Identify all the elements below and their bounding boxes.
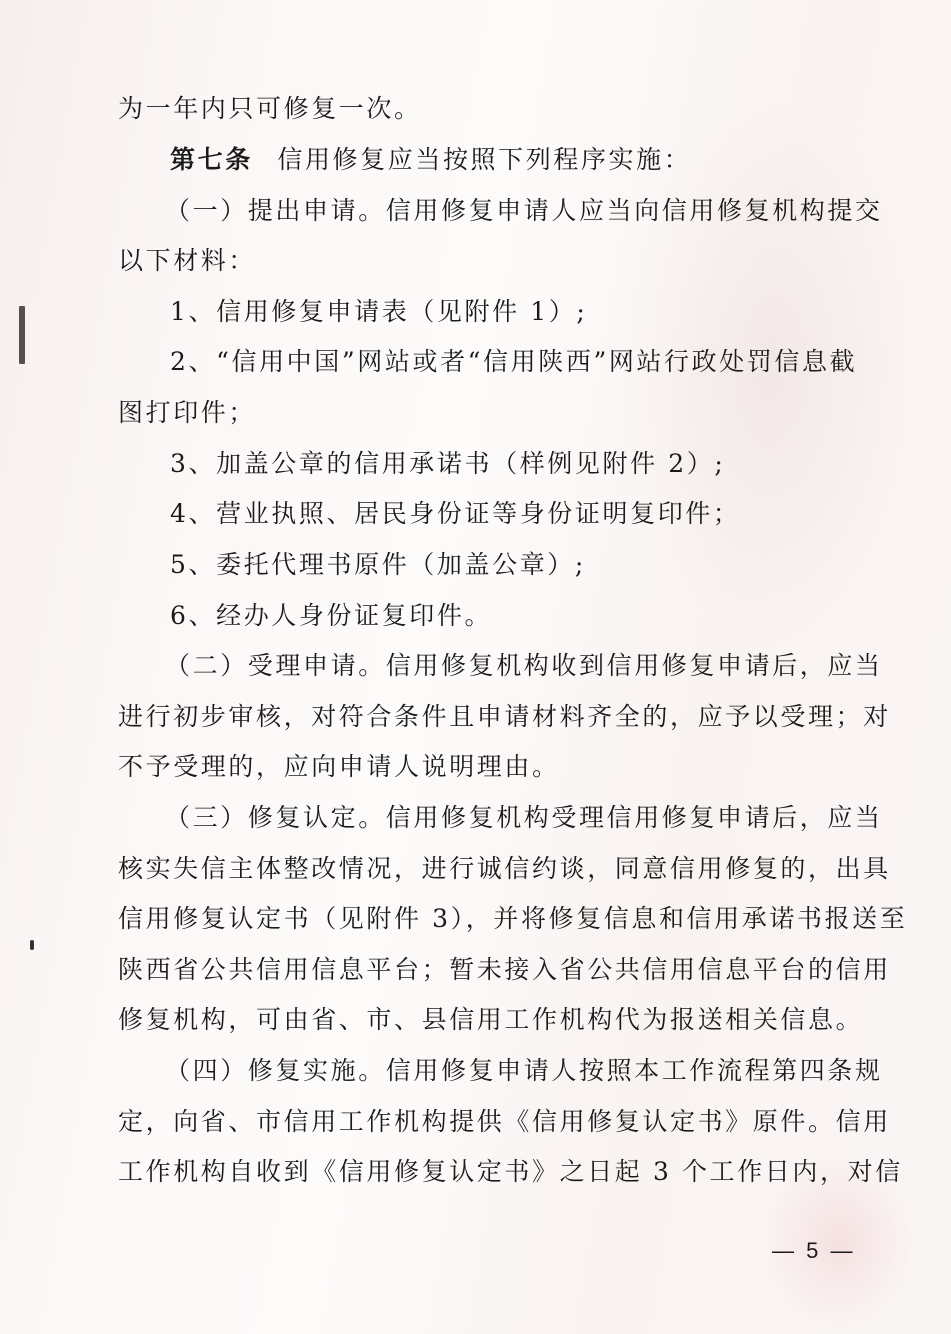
text-line: 为一年内只可修复一次。 — [118, 94, 422, 124]
list-item: 3、加盖公章的信用承诺书（样例见附件 2）; — [170, 449, 725, 479]
list-item: 5、委托代理书原件（加盖公章）; — [170, 550, 586, 580]
text-line: （三）修复认定。信用修复机构受理信用修复申请后，应当 — [165, 803, 883, 833]
punch-mark — [30, 940, 34, 950]
article-text: 信用修复应当按照下列程序实施： — [277, 145, 691, 174]
text-line: 核实失信主体整改情况，进行诚信约谈，同意信用修复的，出具 — [118, 854, 891, 884]
text-line: 修复机构，可由省、市、县信用工作机构代为报送相关信息。 — [118, 1005, 863, 1035]
text-line: 以下材料： — [118, 246, 256, 276]
text-line: 工作机构自收到《信用修复认定书》之日起 3 个工作日内，对信 — [118, 1157, 903, 1187]
text-line: 不予受理的，应向申请人说明理由。 — [118, 752, 560, 782]
article-7-heading: 第七条 信用修复应当按照下列程序实施： — [170, 145, 691, 175]
list-item: 6、经办人身份证复印件。 — [170, 601, 492, 631]
text-line: 进行初步审核，对符合条件且申请材料齐全的，应予以受理；对 — [118, 702, 891, 732]
text-line: （四）修复实施。信用修复申请人按照本工作流程第四条规 — [165, 1056, 883, 1086]
text-line: 定，向省、市信用工作机构提供《信用修复认定书》原件。信用 — [118, 1107, 891, 1137]
list-item: 2、“信用中国”网站或者“信用陕西”网站行政处罚信息截 — [170, 347, 857, 377]
text-line: （二）受理申请。信用修复机构收到信用修复申请后，应当 — [165, 651, 883, 681]
text-line: （一）提出申请。信用修复申请人应当向信用修复机构提交 — [165, 196, 883, 226]
text-line: 图打印件； — [118, 398, 256, 428]
text-line: 陕西省公共信用信息平台；暂未接入省公共信用信息平台的信用 — [118, 955, 891, 985]
list-item: 1、信用修复申请表（见附件 1）; — [170, 297, 587, 327]
list-item: 4、营业执照、居民身份证等身份证明复印件； — [170, 499, 741, 529]
page-number: — 5 — — [772, 1238, 855, 1264]
article-label: 第七条 — [170, 145, 253, 174]
staple-mark — [19, 306, 25, 364]
text-line: 信用修复认定书（见附件 3），并将修复信息和信用承诺书报送至 — [118, 904, 907, 934]
